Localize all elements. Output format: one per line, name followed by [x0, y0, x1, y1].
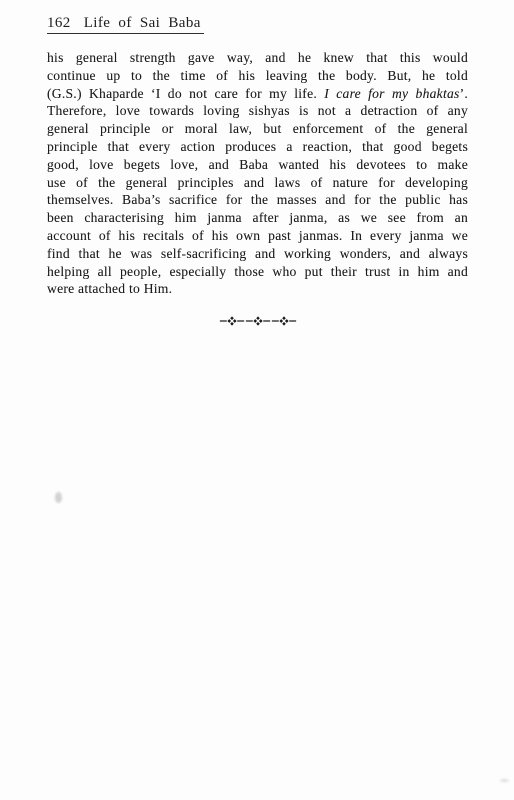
text-segment: good, love begets love, and Baba wanted … [47, 157, 468, 172]
page-number: 162 [47, 15, 71, 31]
scan-speck [55, 492, 62, 503]
text-line: were attached to Him. [47, 280, 468, 298]
text-segment: his general strength gave way, and he kn… [47, 50, 468, 65]
text-line: find that he was self-sacrificing and wo… [47, 245, 468, 263]
text-line: helping all people, especially those who… [47, 263, 468, 281]
text-segment: themselves. Baba’s sacrifice for the mas… [47, 192, 468, 207]
text-line: continue up to the time of his leaving t… [47, 67, 468, 85]
book-title: Life of Sai Baba [84, 15, 201, 31]
text-segment: principle that every action produces a r… [47, 139, 468, 154]
text-line: use of the general principles and laws o… [47, 174, 468, 192]
text-line: (G.S.) Khaparde ‘I do not care for my li… [47, 85, 468, 103]
text-segment: been characterising him janma after janm… [47, 210, 468, 225]
italic-text: I care for my bhaktas [324, 86, 459, 101]
text-segment: account of his recitals of his own past … [47, 228, 468, 243]
text-line: his general strength gave way, and he kn… [47, 49, 468, 67]
book-page: 162Life of Sai Baba his general strength… [0, 0, 514, 800]
text-line: principle that every action produces a r… [47, 138, 468, 156]
text-segment: Therefore, love towards loving sishyas i… [47, 103, 468, 118]
text-segment: ’. [460, 86, 468, 101]
paragraph: his general strength gave way, and he kn… [47, 49, 468, 298]
text-segment: general principle or moral law, but enfo… [47, 121, 468, 136]
three-diamond-divider-icon [219, 314, 297, 328]
text-line: good, love begets love, and Baba wanted … [47, 156, 468, 174]
text-line: account of his recitals of his own past … [47, 227, 468, 245]
text-segment: use of the general principles and laws o… [47, 175, 468, 190]
text-segment: were attached to Him. [47, 281, 172, 296]
text-segment: helping all people, especially those who… [47, 264, 468, 279]
ornament-row [47, 314, 468, 332]
text-line: been characterising him janma after janm… [47, 209, 468, 227]
text-segment: (G.S.) Khaparde ‘I do not care for my li… [47, 86, 324, 101]
scan-speck [500, 779, 509, 782]
text-line: themselves. Baba’s sacrifice for the mas… [47, 191, 468, 209]
running-head: 162Life of Sai Baba [47, 16, 204, 34]
text-segment: continue up to the time of his leaving t… [47, 68, 468, 83]
text-segment: find that he was self-sacrificing and wo… [47, 246, 468, 261]
text-line: general principle or moral law, but enfo… [47, 120, 468, 138]
text-line: Therefore, love towards loving sishyas i… [47, 102, 468, 120]
